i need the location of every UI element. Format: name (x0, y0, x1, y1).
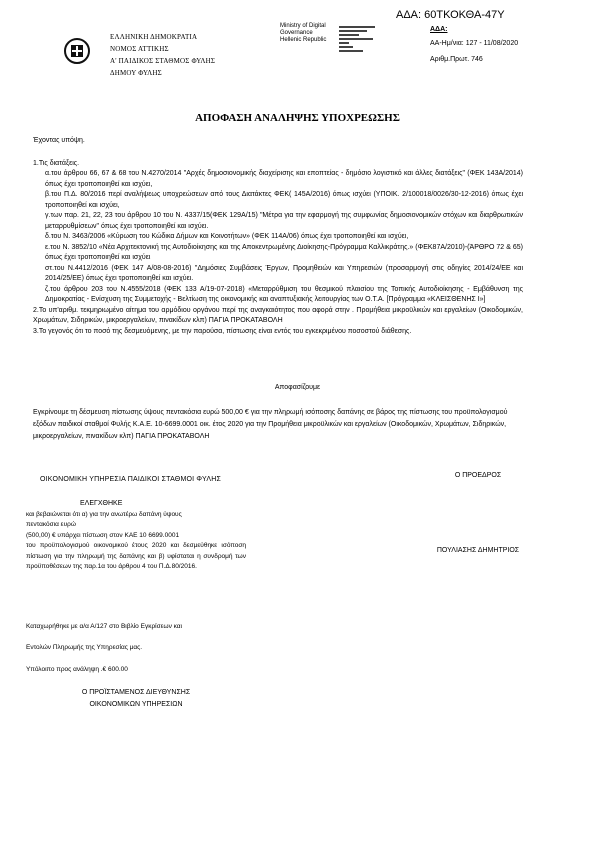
finance-service-label: ΟΙΚΟΝΟΜΙΚΗ ΥΠΗΡΕΣΙΑ ΠΑΙΔΙΚΟΙ ΣΤΑΘΜΟΙ ΦΥΛ… (40, 475, 221, 485)
intro-text: Έχοντας υπόψη. (33, 136, 85, 146)
president-name: ΠΟΥΛΙΑΣΗΣ ΔΗΜΗΤΡΙΟΣ (418, 546, 538, 556)
provision-item: στ.του Ν.4412/2016 (ΦΕΚ 147 Α/08-08-2016… (33, 264, 523, 285)
issuer-line: ΝΟΜΟΣ ΑΤΤΙΚΗΣ (110, 43, 215, 55)
issuer-block: ΕΛΛΗΝΙΚΗ ΔΗΜΟΚΡΑΤΙΑ ΝΟΜΟΣ ΑΤΤΙΚΗΣ Α' ΠΑΙ… (110, 31, 215, 79)
decision-text: Εγκρίνουμε τη δέσμευση πίστωσης ύψους πε… (33, 407, 523, 443)
provision-item: ζ.του άρθρου 203 του Ν.4555/2018 (ΦΕΚ 13… (33, 285, 523, 306)
check-line: πεντακόσια ευρώ (26, 520, 246, 530)
digital-signature-stamp: Ministry of Digital Governance Hellenic … (280, 23, 326, 44)
ada-label: ΑΔΑ: (430, 26, 447, 33)
provision-item: β.του Π.Δ. 80/2016 περί αναλήψεως υποχρε… (33, 190, 523, 211)
registered-text: Καταχωρήθηκε με α/α Α/127 στο Βιβλίο Εγκ… (26, 622, 246, 632)
issuer-line: Α' ΠΑΙΔΙΚΟΣ ΣΤΑΘΜΟΣ ΦΥΛΗΣ (110, 55, 215, 67)
consideration-item-3: 3.Το γεγονός ότι το ποσό της δεσμευόμενη… (33, 327, 523, 338)
provision-item: α.του άρθρου 66, 67 & 68 του Ν.4270/2014… (33, 169, 523, 190)
director-title-2: ΟΙΚΟΝΟΜΙΚΩΝ ΥΠΗΡΕΣΙΩΝ (26, 700, 246, 710)
ministry-line: Ministry of Digital (280, 23, 326, 30)
provision-item: ε.του Ν. 3852/10 «Νέα Αρχιτεκτονική της … (33, 243, 523, 264)
check-line: του προϋπολογισμού οικονομικού έτους 202… (26, 541, 246, 572)
provision-item: γ.των παρ. 21, 22, 23 του άρθρου 10 του … (33, 211, 523, 232)
aa-date: ΑΑ-Ημ/νια: 127 - 11/08/2020 (430, 39, 518, 49)
greek-emblem-icon (64, 38, 90, 64)
provision-item: δ.του Ν. 3463/2006 «Κύρωση του Κώδικα Δή… (33, 232, 523, 243)
provisions-heading: 1.Τις διατάξεις. (33, 159, 79, 169)
director-title-1: Ο ΠΡΟΪΣΤΑΜΕΝΟΣ ΔΙΕΥΘΥΝΣΗΣ (26, 688, 246, 698)
document-title: ΑΠΟΦΑΣΗ ΑΝΑΛΗΨΗΣ ΥΠΟΧΡΕΩΣΗΣ (0, 112, 595, 124)
consideration-item-2: 2.Το υπ'αριθμ. τεκμηριωμένο αίτημα του α… (33, 306, 523, 327)
signature-details (339, 24, 377, 54)
provisions-list: α.του άρθρου 66, 67 & 68 του Ν.4270/2014… (33, 169, 523, 337)
issuer-line: ΔΗΜΟΥ ΦΥΛΗΣ (110, 67, 215, 79)
ada-number: ΑΔΑ: 60ΤΚΟΚΘΑ-47Υ (396, 9, 505, 21)
issuer-line: ΕΛΛΗΝΙΚΗ ΔΗΜΟΚΡΑΤΙΑ (110, 31, 215, 43)
president-title: Ο ΠΡΟΕΔΡΟΣ (418, 471, 538, 481)
check-statement: και βεβαιώνεται ότι α) για την ανωτέρω δ… (26, 510, 246, 572)
ministry-line: Hellenic Republic (280, 37, 326, 44)
check-line: και βεβαιώνεται ότι α) για την ανωτέρω δ… (26, 510, 246, 520)
decide-heading: Αποφασίζουμε (0, 383, 595, 393)
protocol-number: Αριθμ.Πρωτ. 746 (430, 55, 483, 65)
ministry-line: Governance (280, 30, 326, 37)
check-line: (500,00) € υπάρχει πίστωση στον ΚΑΕ 10 6… (26, 531, 246, 541)
checked-label: ΕΛΕΓΧΘΗΚΕ (80, 499, 122, 509)
registered-text-2: Εντολών Πληρωμής της Υπηρεσίας μας. (26, 644, 142, 651)
remaining-amount: Υπόλοιπο προς ανάληψη .€ 600.00 (26, 666, 128, 673)
